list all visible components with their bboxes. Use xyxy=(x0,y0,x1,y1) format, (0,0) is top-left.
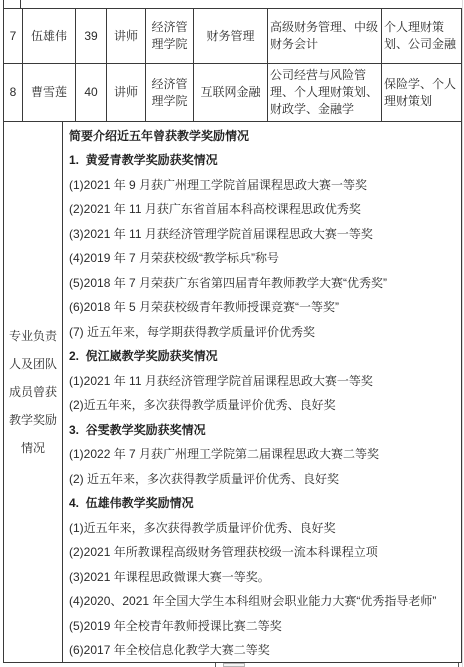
award-line: 4. 伍雄伟教学奖励情况 xyxy=(69,491,461,516)
awards-row-label: 专业负责人及团队成员曾获教学奖励情况 xyxy=(4,122,62,662)
award-line: 简要介绍近五年曾获教学奖励情况 xyxy=(69,123,461,148)
cell-age: 39 xyxy=(75,9,106,63)
cell-courses: 公司经营与风险管理、个人理财策划、财政学、金融学 xyxy=(267,64,381,121)
page-artifact xyxy=(3,0,4,8)
page-artifact xyxy=(223,663,245,667)
award-line: (1)近五年来，多次获得教学质量评价优秀、良好奖 xyxy=(69,515,461,540)
cell-title: 讲师 xyxy=(106,64,145,121)
cell-department: 经济管理学院 xyxy=(145,64,193,121)
cell-department: 经济管理学院 xyxy=(145,9,193,63)
awards-content: 简要介绍近五年曾获教学奖励情况 1. 黄爱青教学奖励获奖情况 (1)2021 年… xyxy=(62,122,461,662)
award-line: (4)2020、2021 年全国大学生本科组财会职业能力大赛“优秀指导老师” xyxy=(69,589,461,614)
cell-name: 曹雪莲 xyxy=(22,64,75,121)
award-line: (6)2017 年全校信息化教学大赛二等奖 xyxy=(69,638,461,663)
award-line: (7) 近五年来，每学期获得教学质量评价优秀奖 xyxy=(69,319,461,344)
faculty-table-rows: 7 伍雄伟 39 讲师 经济管理学院 财务管理 高级财务管理、中级财务会计 个人… xyxy=(4,9,461,122)
table-row: 8 曹雪莲 40 讲师 经济管理学院 互联网金融 公司经营与风险管理、个人理财策… xyxy=(4,64,461,122)
award-line: (5)2018 年 7 月荣获广东省第四届青年教师教学大赛“优秀奖” xyxy=(69,270,461,295)
award-line: (1)2021 年 9 月获广州理工学院首届课程思政大赛一等奖 xyxy=(69,172,461,197)
cell-title: 讲师 xyxy=(106,9,145,63)
award-line: (6)2018 年 5 月荣获校级青年教师授课竞赛“一等奖” xyxy=(69,295,461,320)
award-line: (2)2021 年 11 月获广东省首届本科高校课程思政优秀奖 xyxy=(69,197,461,222)
table-row: 7 伍雄伟 39 讲师 经济管理学院 财务管理 高级财务管理、中级财务会计 个人… xyxy=(4,9,461,64)
cell-courses: 高级财务管理、中级财务会计 xyxy=(267,9,381,63)
page-artifact xyxy=(458,663,459,667)
cell-index: 8 xyxy=(4,64,22,121)
award-line: 3. 谷雯教学奖励获奖情况 xyxy=(69,417,461,442)
cell-index: 7 xyxy=(4,9,22,63)
award-line: (1)2022 年 7 月获广州理工学院第二届课程思政大赛二等奖 xyxy=(69,442,461,467)
cell-major: 财务管理 xyxy=(193,9,267,63)
award-line: 1. 黄爱青教学奖励获奖情况 xyxy=(69,148,461,173)
award-line: (2)2021 年所教课程高级财务管理获校级一流本科课程立项 xyxy=(69,540,461,565)
cell-name: 伍雄伟 xyxy=(22,9,75,63)
award-line: (5)2019 年全校青年教师授课比赛二等奖 xyxy=(69,613,461,638)
cell-specialty: 保险学、个人理财策划 xyxy=(381,64,461,121)
award-line: (2)近五年来，多次获得教学质量评价优秀、良好奖 xyxy=(69,393,461,418)
award-line: (2) 近五年来，多次获得教学质量评价优秀、良好奖 xyxy=(69,466,461,491)
page-artifact xyxy=(215,663,216,667)
document-page: 7 伍雄伟 39 讲师 经济管理学院 财务管理 高级财务管理、中级财务会计 个人… xyxy=(0,0,464,667)
page-artifact xyxy=(20,0,21,8)
award-line: 2. 倪江崴教学奖励获奖情况 xyxy=(69,344,461,369)
page-edge xyxy=(462,0,463,667)
award-line: (1)2021 年 11 月获经济管理学院首届课程思政大赛一等奖 xyxy=(69,368,461,393)
award-line: (4)2019 年 7 月荣获校级“教学标兵”称号 xyxy=(69,246,461,271)
award-line: (3)2021 年 11 月获经济管理学院首届课程思政大赛一等奖 xyxy=(69,221,461,246)
faculty-table: 7 伍雄伟 39 讲师 经济管理学院 财务管理 高级财务管理、中级财务会计 个人… xyxy=(3,8,462,663)
cell-major: 互联网金融 xyxy=(193,64,267,121)
award-line: (3)2021 年课程思政微课大赛一等奖。 xyxy=(69,564,461,589)
cell-specialty: 个人理财策划、公司金融 xyxy=(381,9,461,63)
awards-row: 专业负责人及团队成员曾获教学奖励情况 简要介绍近五年曾获教学奖励情况 1. 黄爱… xyxy=(4,122,461,662)
cell-age: 40 xyxy=(75,64,106,121)
